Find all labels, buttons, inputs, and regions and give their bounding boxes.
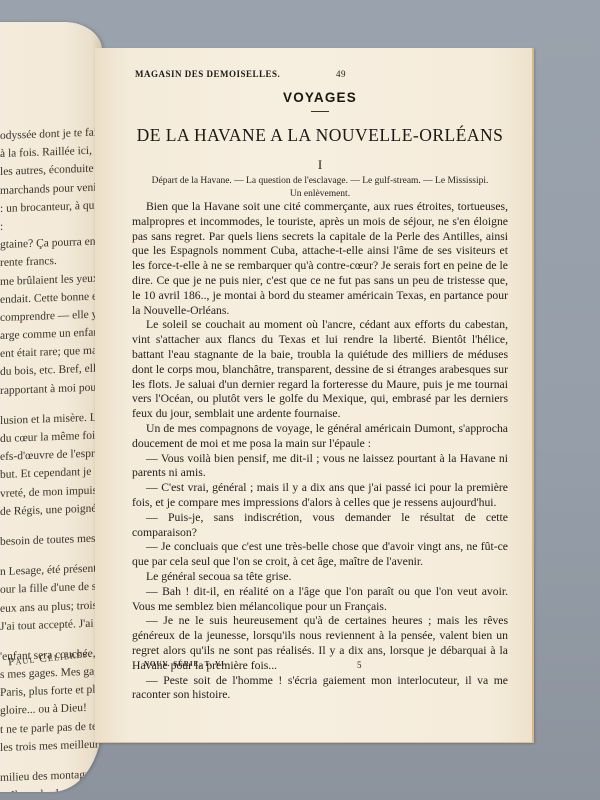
section-rule [311, 111, 329, 112]
chapter-summary: Départ de la Havane. — La question de l'… [132, 175, 508, 200]
left-page-line: : un brocanteur, à qui [0, 196, 102, 218]
paragraph: — Je concluais que c'est une très-belle … [132, 540, 508, 570]
left-page-text: odyssée dont je te faisà la fois. Raillé… [0, 123, 102, 792]
left-page-line: les trois mes meilleures, [0, 735, 102, 757]
paragraph: — Peste soit de l'homme ! s'écria gaieme… [132, 674, 508, 704]
summary-line: Départ de la Havane. — La question de l'… [132, 175, 508, 188]
footer-signature: NOUV. SÉRIE, T. VI. [144, 660, 228, 668]
paragraph: — Vous voilà bien pensif, me dit-il ; vo… [132, 452, 508, 482]
left-page: odyssée dont je te faisà la fois. Raillé… [0, 22, 102, 792]
summary-line: Un enlèvement. [132, 188, 508, 201]
left-page-line: J'ai tout accepté. J'ai [0, 613, 102, 635]
paragraph: — C'est vrai, général ; mais il y a dix … [132, 481, 508, 511]
left-page-line: gtaine? Ça pourra en [0, 232, 102, 254]
section-title: VOYAGES [220, 90, 420, 105]
left-page-line: de Régis, une poignée [0, 499, 102, 521]
page-number: 49 [336, 69, 346, 79]
paragraph: Le général secoua sa tête grise. [132, 570, 508, 585]
paragraph: Bien que la Havane soit une cité commerç… [132, 200, 508, 318]
footer-sheet-number: 5 [357, 660, 363, 670]
chapter-number: I [132, 157, 508, 173]
running-head-title: MAGASIN DES DEMOISELLES. [135, 69, 280, 79]
paragraph: — Puis-je, sans indiscrétion, vous deman… [132, 511, 508, 541]
paragraph: Un de mes compagnons de voyage, le génér… [132, 422, 508, 452]
left-page-line: besoin de toutes mes [0, 529, 102, 551]
body-text: Bien que la Havane soit une cité commerç… [132, 200, 508, 703]
chapter-title: DE LA HAVANE A LA NOUVELLE-ORLÉANS [132, 125, 508, 146]
paragraph: — Bah ! dit-il, en réalité on a l'âge qu… [132, 585, 508, 615]
paragraph: Le soleil se couchait au moment où l'anc… [132, 318, 508, 422]
left-page-line: rapportant à moi pour [0, 377, 102, 399]
